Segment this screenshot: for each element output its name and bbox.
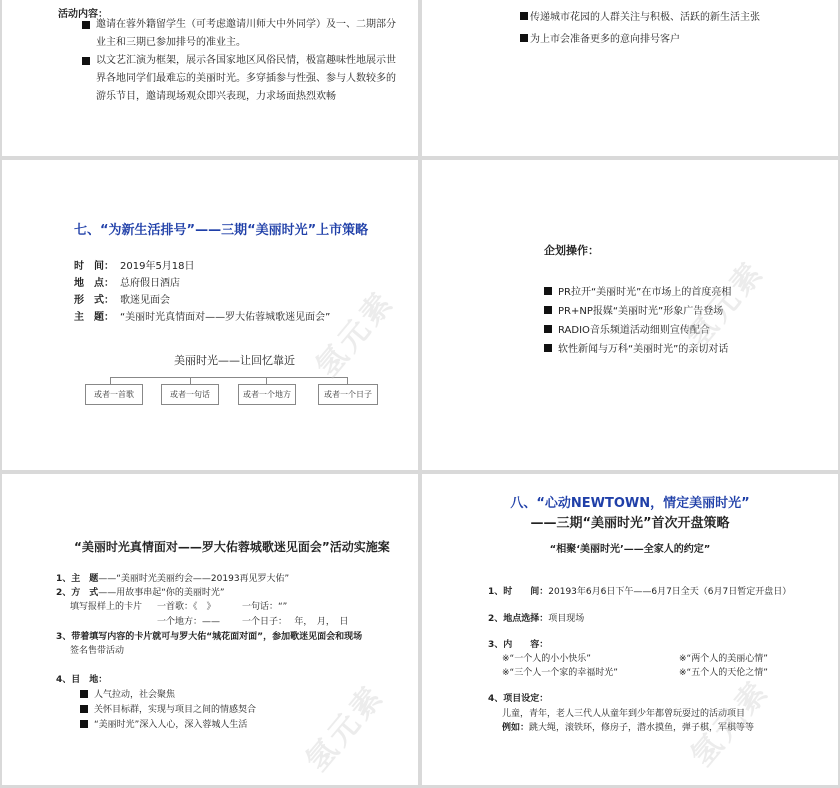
tree-connector [110, 377, 111, 384]
square-bullet-icon [82, 21, 90, 29]
list-item: PR+NP报媒“美丽时光”形象广告登场 [544, 302, 723, 317]
tree-connector [110, 377, 348, 378]
square-bullet-icon [520, 34, 528, 42]
info-row-time: 1、时 间：20193年6月6日下午——6月7日全天（6月7日暂定开盘日） [488, 584, 791, 597]
card-song: 一首歌：《 》 [157, 599, 216, 612]
tree-root-label: 美丽时光——让回忆靠近 [174, 352, 295, 368]
square-bullet-icon [80, 705, 88, 713]
info-row-place: 2、地点选择：项目现场 [488, 611, 584, 624]
info-row-time: 时 间：2019年5月18日 [74, 257, 195, 272]
list-item: RADIO音乐频道活动细则宣传配合 [544, 321, 710, 336]
square-bullet-icon [80, 720, 88, 728]
slide-goals[interactable]: 传递城市花园的人群关注与积极、活跃的新生活主张 为上市会准备更多的意向排号客户 [422, 0, 838, 156]
tree-node-day: 或者一个日子 [318, 384, 378, 405]
content-item: ※“三个人一个家的幸福时光” [502, 665, 618, 678]
list-item: 软性新闻与万科“美丽时光”的亲切对话 [544, 340, 728, 355]
square-bullet-icon [80, 690, 88, 698]
content-item: ※“五个人的天伦之情” [679, 665, 768, 678]
tree-connector [266, 377, 267, 384]
slide-activity-content[interactable]: 活动内容： 邀请在蓉外籍留学生（可考虑邀请川师大中外同学）及一、二期部分业主和三… [2, 0, 418, 156]
plan-item-theme: 1、主 题——“美丽时光美丽约会——20193再见罗大佑” [56, 571, 289, 584]
square-bullet-icon [520, 12, 528, 20]
content-label: 3、内 容： [488, 637, 548, 650]
square-bullet-icon [544, 306, 552, 314]
tree-node-place: 或者一个地方 [238, 384, 296, 405]
slide-event-plan[interactable]: “美丽时光真情面对——罗大佑蓉城歌迷见面会”活动实施案 1、主 题——“美丽时光… [2, 474, 418, 785]
list-item: 为上市会准备更多的意向排号客户 [520, 30, 680, 45]
tree-node-song: 或者一首歌 [85, 384, 143, 405]
tree-connector [347, 377, 348, 384]
card-day: 一个日子： 年， 月， 日 [242, 614, 348, 627]
slide-title: 七、“为新生活排号”——三期“美丽时光”上市策略 [74, 219, 368, 238]
list-item: 人气拉动，社会聚焦 [80, 687, 175, 700]
plan-item-cards-line1: 3、带着填写内容的卡片就可与罗大佑“城花面对面”，参加歌迷见面会和现场 [56, 629, 362, 642]
slide-planning-operations[interactable]: 企划操作： PR拉开“美丽时光”在市场上的首度亮相 PR+NP报媒“美丽时光”形… [422, 160, 838, 470]
card-label: 填写报样上的卡片 [70, 599, 142, 612]
content-item: ※“一个人的小小快乐” [502, 651, 591, 664]
card-sentence: 一句话：“” [242, 599, 287, 612]
square-bullet-icon [82, 57, 90, 65]
square-bullet-icon [544, 344, 552, 352]
slide-subtitle: ——三期“美丽时光”首次开盘策略 [422, 512, 838, 531]
slide-launch-strategy[interactable]: 七、“为新生活排号”——三期“美丽时光”上市策略 时 间：2019年5月18日 … [2, 160, 418, 470]
plan-item-cards-line2: 签名售带活动 [70, 643, 124, 656]
tree-connector [190, 377, 191, 384]
setting-label: 4、项目设定： [488, 691, 548, 704]
info-row-location: 地 点：总府假日酒店 [74, 274, 180, 289]
slide-title: 八、“心动NEWTOWN，情定美丽时光” [422, 492, 838, 511]
square-bullet-icon [544, 287, 552, 295]
slide-tagline: “相聚‘美丽时光’——全家人的约定” [422, 540, 838, 555]
square-bullet-icon [544, 325, 552, 333]
planning-heading: 企划操作： [544, 242, 599, 258]
card-place: 一个地方：—— [157, 614, 220, 627]
setting-line: 儿童，青年，老人三代人从童年到少年都曾玩耍过的活动项目 [502, 706, 745, 719]
watermark: 氢元素 [293, 673, 392, 779]
slide-opening-strategy[interactable]: 八、“心动NEWTOWN，情定美丽时光” ——三期“美丽时光”首次开盘策略 “相… [422, 474, 838, 785]
list-item: PR拉开“美丽时光”在市场上的首度亮相 [544, 283, 731, 298]
list-item: 传递城市花园的人群关注与积极、活跃的新生活主张 [520, 8, 760, 23]
content-item: ※“两个人的美丽心情” [679, 651, 768, 664]
list-item: “美丽时光”深入人心，深入蓉城人生活 [80, 717, 247, 730]
tree-node-sentence: 或者一句话 [161, 384, 219, 405]
watermark: 氢元素 [303, 279, 402, 385]
list-item: 关怀目标群，实现与项目之间的情感契合 [80, 702, 256, 715]
setting-example: 例如：跳大绳，滚铁环，修房子，潜水摸鱼，弹子棋，军棋等等 [502, 720, 754, 733]
plan-item-goals: 4、目 地： [56, 672, 107, 685]
info-row-format: 形 式：歌迷见面会 [74, 291, 170, 306]
plan-item-method: 2、方 式——用故事串起“你的美丽时光” [56, 585, 225, 598]
slide-title: “美丽时光真情面对——罗大佑蓉城歌迷见面会”活动实施案 [74, 538, 390, 555]
info-row-theme: 主 题：“美丽时光真情面对——罗大佑蓉城歌迷见面会” [74, 308, 330, 323]
